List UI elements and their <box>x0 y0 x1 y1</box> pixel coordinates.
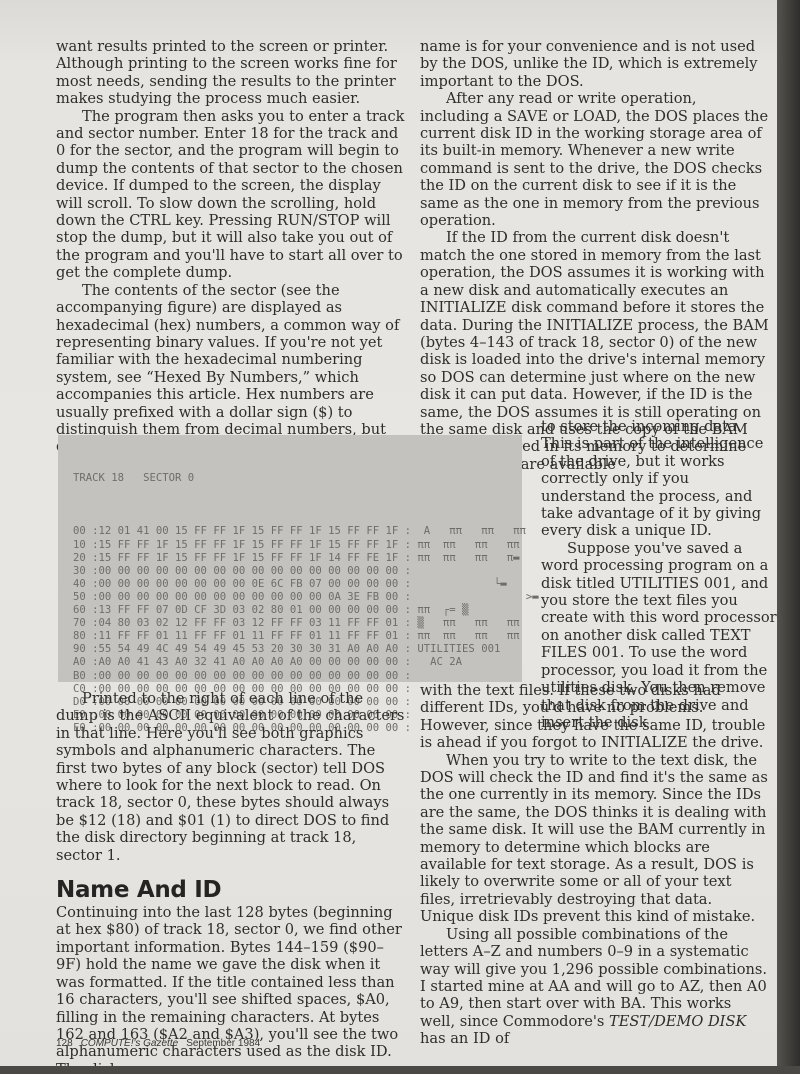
right-column-top: name is for your convenience and is not … <box>420 38 770 473</box>
paragraph: name is for your convenience and is not … <box>420 38 770 90</box>
paragraph: Using all possible combinations of the l… <box>420 926 770 1048</box>
figure-title: TRACK 18 SECTOR 0 <box>73 472 539 485</box>
dump-row: 30 :00 00 00 00 00 00 00 00 00 00 00 00 … <box>73 565 539 578</box>
magazine-name: COMPUTE!'s Gazette <box>81 1038 179 1049</box>
dump-row: 00 :12 01 41 00 15 FF FF 1F 15 FF FF 1F … <box>73 525 539 538</box>
dump-row: 50 :00 00 00 00 00 00 00 00 00 00 00 00 … <box>73 591 539 604</box>
dump-row: 80 :11 FF FF 01 11 FF FF 01 11 FF FF 01 … <box>73 630 539 643</box>
dump-row: 10 :15 FF FF 1F 15 FF FF 1F 15 FF FF 1F … <box>73 539 539 552</box>
sector-dump-figure: TRACK 18 SECTOR 0 00 :12 01 41 00 15 FF … <box>58 435 522 682</box>
paragraph: want results printed to the screen or pr… <box>56 38 406 108</box>
dump-row: 20 :15 FF FF 1F 15 FF FF 1F 15 FF FF 1F … <box>73 552 539 565</box>
paragraph: The contents of the sector (see the acco… <box>56 282 406 456</box>
page-footer: 128COMPUTE!'s GazetteSeptember 1984 <box>56 1038 260 1049</box>
dump-row: 90 :55 54 49 4C 49 54 49 45 53 20 30 30 … <box>73 643 539 656</box>
text-run: has an ID of <box>420 1030 509 1047</box>
dump-row: 60 :13 FF FF 07 0D CF 3D 03 02 80 01 00 … <box>73 604 539 617</box>
paragraph: with the text files. If these two disks … <box>420 682 770 752</box>
italic-title: TEST/DEMO DISK <box>609 1013 746 1030</box>
section-heading: Name And ID <box>56 878 406 902</box>
paragraph: to store the incoming data. This is part… <box>541 418 777 540</box>
dump-row: 70 :04 80 03 02 12 FF FF 03 12 FF FF 03 … <box>73 617 539 630</box>
paragraph: When you try to write to the text disk, … <box>420 752 770 926</box>
page-number: 128 <box>56 1038 73 1049</box>
dump-row: A0 :A0 A0 41 43 A0 32 41 A0 A0 A0 A0 00 … <box>73 656 539 669</box>
page-edge-bottom <box>0 1066 800 1074</box>
issue-date: September 1984 <box>186 1038 260 1049</box>
left-column-top: want results printed to the screen or pr… <box>56 38 406 456</box>
paragraph: After any read or write operation, inclu… <box>420 90 770 229</box>
dump-row: B0 :00 00 00 00 00 00 00 00 00 00 00 00 … <box>73 670 539 683</box>
left-column-bottom: Printed to the right of each line of the… <box>56 690 406 1074</box>
dump-row: 40 :00 00 00 00 00 00 00 00 0E 6C FB 07 … <box>73 578 539 591</box>
magazine-page: want results printed to the screen or pr… <box>0 0 777 1066</box>
right-column-bottom: with the text files. If these two disks … <box>420 682 770 1048</box>
paragraph: The program then asks you to enter a tra… <box>56 108 406 282</box>
page-edge-shadow <box>777 0 800 1074</box>
paragraph: Printed to the right of each line of the… <box>56 690 406 864</box>
